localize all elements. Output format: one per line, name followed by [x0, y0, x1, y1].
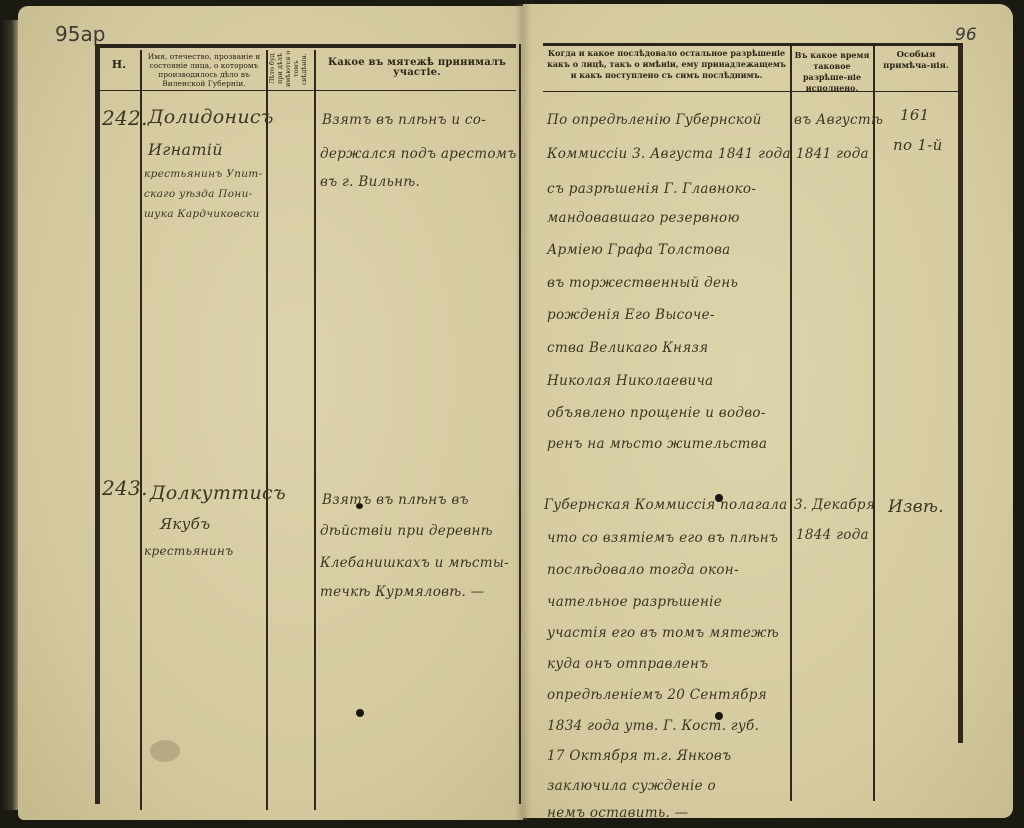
column-rule — [958, 43, 963, 743]
entry-remarks: по 1-й — [893, 136, 943, 154]
entry-resolution: послѣдовало тогда окон- — [547, 562, 739, 578]
column-header-executed: Въ какое время таковое разрѣше-ніе испол… — [792, 50, 872, 94]
entry-resolution: Губернская Коммиссія полагала — [544, 497, 787, 513]
book-gutter — [515, 4, 531, 820]
paper-hole — [356, 709, 364, 717]
entry-resolution: Николая Николаевича — [547, 373, 714, 389]
column-header-estate: Лѣто буд при дѣлѣ имѣются о томъ свѣдѣні… — [268, 50, 312, 88]
column-rule — [140, 50, 142, 810]
entry-status: скаго уѣзда Пони- — [144, 188, 253, 200]
ledger-spread: 95ap 96 Н. Имя, отечество, прозваніе и с… — [0, 0, 1024, 828]
entry-participation: Клебанишкахъ и мѣсты- — [320, 555, 509, 571]
entry-resolution: чательное разрѣшеніе — [547, 594, 722, 610]
column-header-resolution: Когда и какое послѣдовало остальное разр… — [544, 48, 789, 81]
entry-status: крестьянинъ — [144, 544, 233, 558]
column-header-number: Н. — [100, 60, 138, 70]
column-header-name: Имя, отечество, прозваніе и состояніе ли… — [143, 52, 265, 88]
entry-executed: 3. Декабря — [794, 497, 875, 513]
entry-resolution: ства Великаго Князя — [547, 340, 708, 356]
entry-participation: Взятъ въ плѣнъ въ — [322, 492, 469, 508]
column-rule — [266, 50, 268, 810]
column-rule — [519, 44, 521, 804]
entry-resolution: немъ оставить. — — [547, 805, 689, 821]
entry-resolution: объявлено прощеніе и водво- — [547, 405, 766, 421]
column-rule — [314, 50, 316, 810]
entry-status: крестьянинъ Упит- — [144, 168, 262, 180]
entry-participation: держался подъ арестомъ — [320, 146, 517, 162]
entry-executed: въ Августѣ — [794, 112, 883, 128]
entry-resolution: съ разрѣшенія Г. Главноко- — [547, 181, 756, 197]
entry-resolution: По опредѣленію Губернской — [547, 112, 762, 128]
entry-number: 243. — [102, 476, 148, 500]
entry-resolution: заключила сужденіе о — [547, 778, 716, 794]
entry-resolution: что со взятіемъ его въ плѣнъ — [547, 530, 778, 546]
entry-resolution: опредѣленіемъ 20 Сентября — [547, 687, 767, 703]
entry-participation: течкѣ Курмяловѣ. — — [320, 584, 484, 600]
header-bottom-rule — [96, 90, 516, 91]
folio-number-left: 95ap — [55, 22, 105, 46]
entry-given-name: Якубъ — [160, 515, 210, 533]
left-page — [18, 6, 523, 820]
entry-resolution: участія его въ томъ мятежѣ — [547, 625, 779, 641]
entry-participation: въ г. Вильнѣ. — [320, 174, 420, 190]
entry-executed: 1841 года — [796, 146, 869, 162]
entry-surname: Долкуттисъ — [150, 482, 286, 504]
entry-resolution: 1834 года утв. Г. Кост. губ. — [547, 718, 759, 734]
entry-resolution: 17 Октября т.г. Янковъ — [547, 748, 731, 764]
entry-executed: 1844 года — [796, 527, 869, 543]
column-rule — [95, 44, 100, 804]
column-header-remarks: Особыя примѣча-нія. — [876, 50, 956, 72]
entry-status: шука Кардчиковски — [144, 208, 260, 220]
header-bottom-rule — [543, 91, 961, 92]
entry-given-name: Игнатій — [148, 140, 223, 159]
entry-participation: Взятъ въ плѣнъ и со- — [322, 112, 486, 128]
entry-resolution: Арміею Графа Толстова — [547, 242, 731, 258]
stain — [150, 740, 180, 762]
entry-resolution: рожденія Его Высоче- — [547, 307, 715, 323]
folio-number-right: 96 — [955, 25, 977, 45]
column-header-participation: Какое въ мятежѣ принималъ участіе. — [318, 58, 516, 78]
entry-participation: дѣйствіи при деревнѣ — [320, 523, 493, 539]
column-rule — [873, 46, 875, 801]
entry-remarks: 161 — [900, 106, 930, 124]
entry-resolution: куда онъ отправленъ — [547, 656, 708, 672]
header-top-rule — [96, 44, 516, 48]
entry-resolution: мандовавшаго резервною — [547, 210, 740, 226]
entry-remarks: Извѣ. — [888, 497, 944, 517]
entry-resolution: въ торжественный день — [547, 275, 738, 291]
entry-surname: Долидонисъ — [148, 106, 274, 128]
entry-resolution: ренъ на мѣсто жительства — [547, 436, 767, 452]
header-top-rule — [543, 43, 963, 46]
entry-resolution: Коммиссіи 3. Августа 1841 года — [547, 146, 791, 162]
entry-number: 242. — [102, 106, 148, 130]
